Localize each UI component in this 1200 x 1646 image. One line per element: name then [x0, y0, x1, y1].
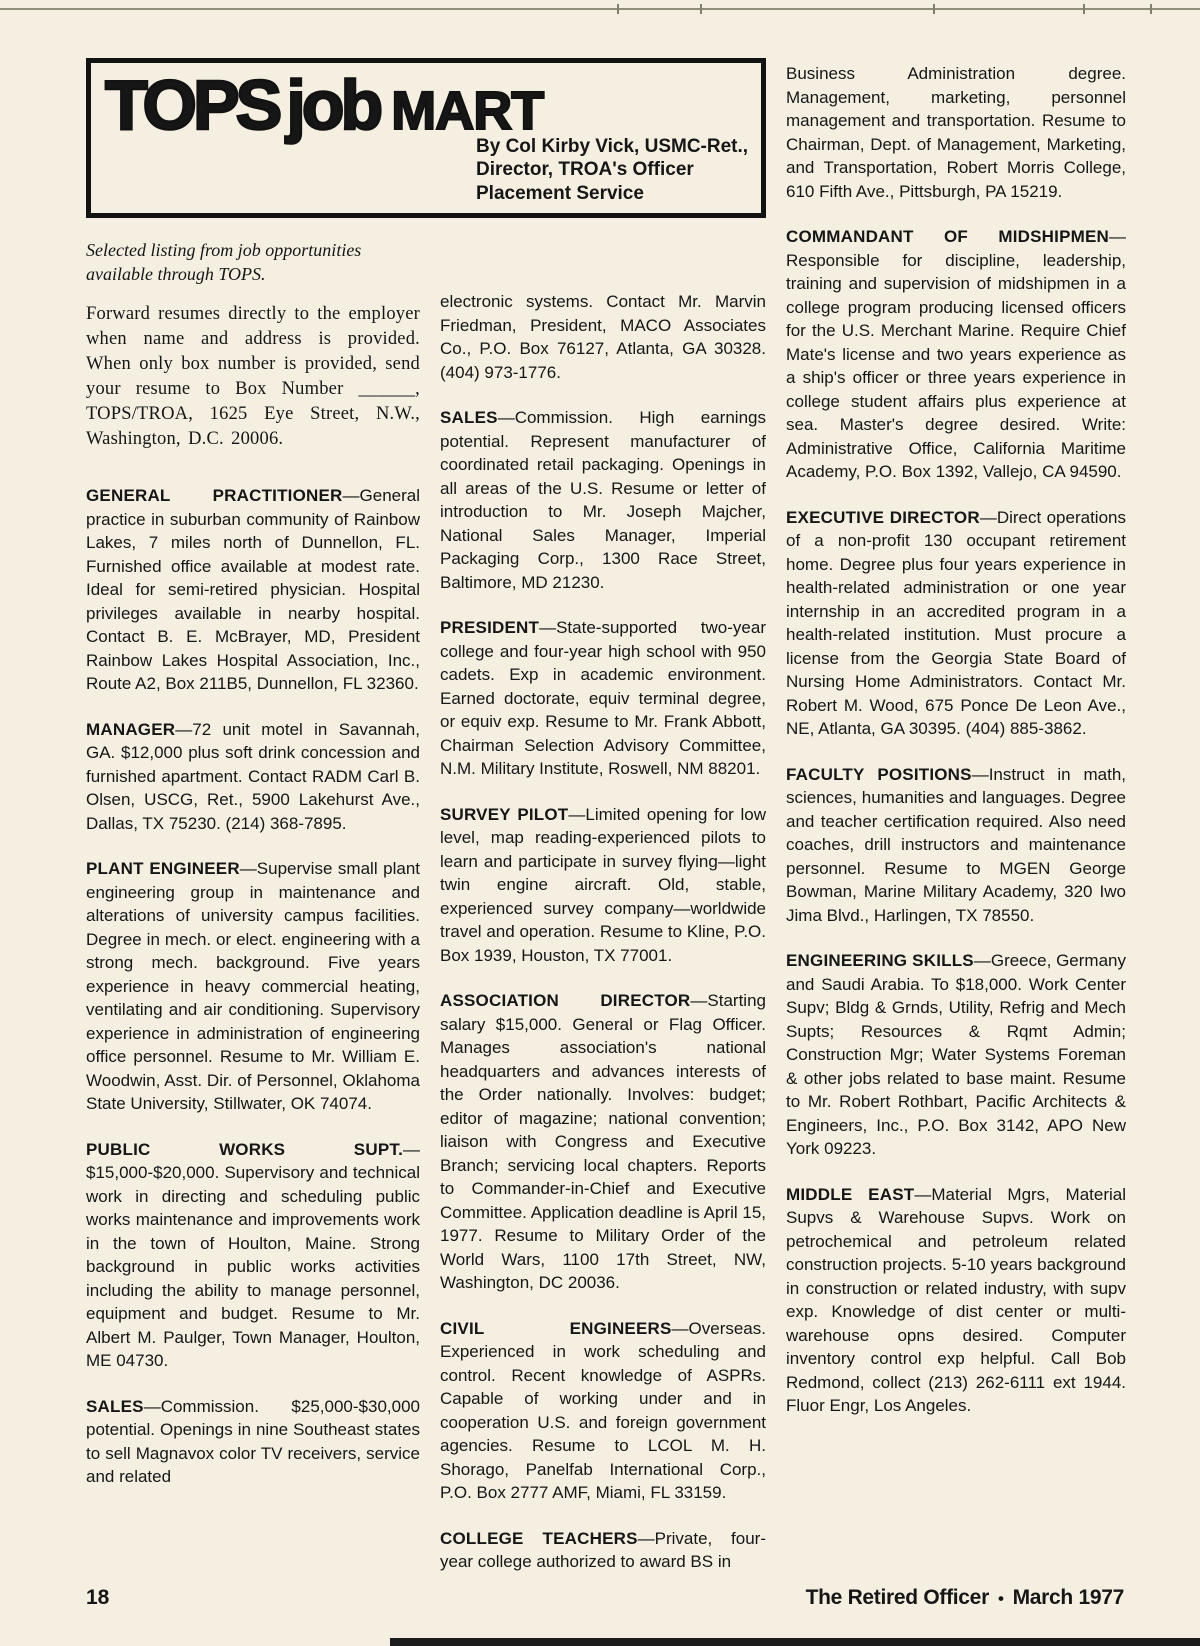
job-body: —Limited opening for low level, map read… — [440, 805, 766, 965]
tops-job-mart-logo: TOPSjobMART — [105, 65, 543, 145]
intro-instructions: Forward resumes directly to the employer… — [86, 302, 420, 452]
job-title: MIDDLE EAST — [786, 1185, 914, 1204]
job-title: ASSOCIATION DIRECTOR — [440, 991, 690, 1010]
header-box: TOPSjobMART By Col Kirby Vick, USMC-Ret.… — [86, 58, 766, 218]
job-title: SALES — [86, 1397, 144, 1416]
job-title: PUBLIC WORKS SUPT. — [86, 1140, 403, 1159]
job-listing-civil-engineers: CIVIL ENGINEERS—Overseas. Experienced in… — [440, 1317, 766, 1505]
job-body: —Instruct in math, sciences, humanities … — [786, 765, 1126, 925]
top-rule-divider — [0, 8, 1200, 10]
column-1: Selected listing from job opportunities … — [86, 238, 420, 1596]
job-title: MANAGER — [86, 720, 175, 739]
page-footer: 18 The Retired Officer•March 1977 — [86, 1586, 1124, 1610]
job-listing-manager: MANAGER—72 unit motel in Savannah, GA. $… — [86, 718, 420, 836]
job-title: COMMANDANT OF MIDSHIPMEN — [786, 227, 1109, 246]
footer-bullet: • — [998, 1589, 1004, 1609]
page-content: TOPSjobMART By Col Kirby Vick, USMC-Ret.… — [86, 58, 1126, 1596]
page-number: 18 — [86, 1586, 109, 1610]
scan-tick — [1083, 4, 1085, 14]
job-body: —Responsible for discipline, leadership,… — [786, 227, 1126, 481]
job-listing-commandant-of-midshipmen: COMMANDANT OF MIDSHIPMEN—Responsible for… — [786, 225, 1126, 484]
listing-continuation: Business Administration degree. Manageme… — [786, 62, 1126, 203]
byline: By Col Kirby Vick, USMC-Ret., Director, … — [476, 135, 748, 206]
job-body: electronic systems. Contact Mr. Marvin F… — [440, 292, 766, 382]
bottom-scan-bar — [390, 1638, 1200, 1646]
job-body: —Direct operations of a non-profit 130 o… — [786, 508, 1126, 739]
job-body: —Commission. High earnings potential. Re… — [440, 408, 766, 592]
byline-line-2: Director, TROA's Officer — [476, 158, 748, 182]
job-body: —State-supported two-year college and fo… — [440, 618, 766, 778]
column-3: Business Administration degree. Manageme… — [786, 58, 1126, 1596]
scan-tick — [617, 4, 619, 14]
job-title: SURVEY PILOT — [440, 805, 568, 824]
byline-line-3: Placement Service — [476, 182, 748, 206]
job-title: PRESIDENT — [440, 618, 539, 637]
job-title: PLANT ENGINEER — [86, 859, 240, 878]
job-listing-public-works-supt: PUBLIC WORKS SUPT.—$15,000-$20,000. Supe… — [86, 1138, 420, 1373]
job-listing-faculty-positions: FACULTY POSITIONS—Instruct in math, scie… — [786, 763, 1126, 928]
logo-job-text: job — [286, 66, 379, 144]
column-2: electronic systems. Contact Mr. Marvin F… — [440, 238, 766, 1596]
scan-tick — [700, 4, 702, 14]
logo-tops-text: TOPS — [105, 66, 278, 144]
job-body: —Overseas. Experienced in work schedulin… — [440, 1319, 766, 1503]
scan-tick — [933, 4, 935, 14]
job-listing-college-teachers: COLLEGE TEACHERS—Private, four-year coll… — [440, 1527, 766, 1574]
job-listing-survey-pilot: SURVEY PILOT—Limited opening for low lev… — [440, 803, 766, 968]
job-listing-middle-east: MIDDLE EAST—Material Mgrs, Material Supv… — [786, 1183, 1126, 1418]
job-body: —Supervise small plant engineering group… — [86, 859, 420, 1113]
footer-magazine-title: The Retired Officer — [806, 1586, 989, 1609]
job-title: ENGINEERING SKILLS — [786, 951, 974, 970]
job-title: EXECUTIVE DIRECTOR — [786, 508, 980, 527]
listing-continuation: electronic systems. Contact Mr. Marvin F… — [440, 290, 766, 384]
job-listing-sales-packaging: SALES—Commission. High earnings potentia… — [440, 406, 766, 594]
magazine-page: TOPSjobMART By Col Kirby Vick, USMC-Ret.… — [0, 0, 1200, 1646]
job-title: SALES — [440, 408, 498, 427]
logo-mart-text: MART — [391, 81, 543, 141]
job-body: —Starting salary $15,000. General or Fla… — [440, 991, 766, 1292]
job-listing-president: PRESIDENT—State-supported two-year colle… — [440, 616, 766, 781]
job-body: —Greece, Germany and Saudi Arabia. To $1… — [786, 951, 1126, 1158]
job-title: GENERAL PRACTITIONER — [86, 486, 343, 505]
job-title: COLLEGE TEACHERS — [440, 1529, 638, 1548]
job-listing-plant-engineer: PLANT ENGINEER—Supervise small plant eng… — [86, 857, 420, 1116]
job-listing-sales-magnavox: SALES—Commission. $25,000-$30,000 potent… — [86, 1395, 420, 1489]
job-body: —General practice in suburban community … — [86, 486, 420, 693]
byline-line-1: By Col Kirby Vick, USMC-Ret., — [476, 135, 748, 159]
job-title: FACULTY POSITIONS — [786, 765, 972, 784]
scan-tick — [1150, 4, 1152, 14]
intro-tagline: Selected listing from job opportunities … — [86, 238, 420, 286]
job-listing-executive-director: EXECUTIVE DIRECTOR—Direct operations of … — [786, 506, 1126, 741]
job-body: Business Administration degree. Manageme… — [786, 64, 1126, 201]
job-listing-general-practitioner: GENERAL PRACTITIONER—General practice in… — [86, 484, 420, 696]
job-title: CIVIL ENGINEERS — [440, 1319, 672, 1338]
job-body: —$15,000-$20,000. Supervisory and techni… — [86, 1140, 420, 1371]
footer-date: March 1977 — [1013, 1586, 1124, 1609]
footer-magazine-info: The Retired Officer•March 1977 — [806, 1586, 1124, 1610]
job-body: —Material Mgrs, Material Supvs & Warehou… — [786, 1185, 1126, 1416]
job-listing-engineering-skills: ENGINEERING SKILLS—Greece, Germany and S… — [786, 949, 1126, 1161]
job-listing-association-director: ASSOCIATION DIRECTOR—Starting salary $15… — [440, 989, 766, 1295]
